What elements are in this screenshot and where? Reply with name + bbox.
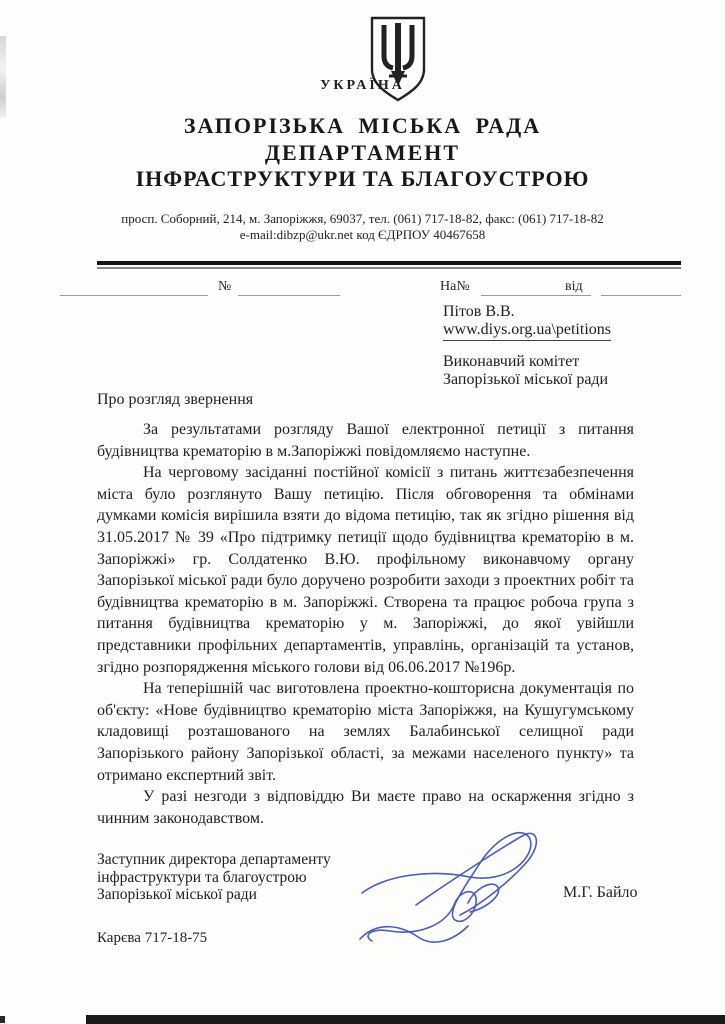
handwritten-signature [358,818,558,950]
header-separator-rule [97,261,681,265]
reference-row: № На№ від [0,279,725,301]
recipient-block: Пітов В.В. www.diys.org.ua\petitions Вик… [443,303,611,389]
country-label: УКРАЇНА [0,78,725,94]
signer-title-block: Заступник директора департаменту інфраст… [97,851,331,904]
body-paragraph-2: На черговому засіданні постійної комісії… [97,462,634,678]
outgoing-date-blank-line [60,295,208,296]
org-address-line: просп. Соборний, 214, м. Запоріжжя, 6903… [0,211,725,227]
executor-contact: Карєва 717-18-75 [97,930,207,947]
org-email-edrpou-line: e-mail:dibzp@ukr.net код ЄДРПОУ 40467658 [0,227,725,243]
scan-bottom-bar [86,1015,725,1024]
incoming-date-label: від [565,279,583,295]
signer-title-line3: Запорізької міської ради [97,886,331,904]
subject-line: Про розгляд звернення [97,391,253,409]
signer-title-line1: Заступник директора департаменту [97,851,331,869]
signer-title-line2: інфраструктури та благоустрою [97,869,331,887]
org-name-line3: ІНФРАСТРУКТУРИ ТА БЛАГОУСТРОЮ [0,166,725,192]
body-paragraph-3: На теперішній час виготовлена проектно-к… [97,678,634,786]
header-separator-rule-thin [97,267,681,269]
incoming-number-label: На№ [440,279,470,295]
incoming-number-blank-line [481,295,591,296]
signer-name: М.Г. Байло [563,884,638,902]
recipient-name: Пітов В.В. [443,303,611,321]
petition-url: www.diys.org.ua\petitions [443,321,611,341]
org-name-line1: ЗАПОРІЗЬКА МІСЬКА РАДА [0,113,725,139]
incoming-date-blank-line [601,295,681,296]
body-paragraph-1: За результатами розгляду Вашої електронн… [97,419,634,462]
scan-bottom-tick [0,1016,5,1023]
scanned-letter-page: УКРАЇНА ЗАПОРІЗЬКА МІСЬКА РАДА ДЕПАРТАМЕ… [0,0,725,1024]
org-name-line2: ДЕПАРТАМЕНТ [0,140,725,166]
letter-body: За результатами розгляду Вашої електронн… [97,419,634,829]
recipient-committee-line1: Виконавчий комітет [443,353,611,371]
outgoing-number-label: № [218,279,231,295]
recipient-committee-line2: Запорізької міської ради [443,371,611,389]
outgoing-number-blank-line [238,295,340,296]
scan-edge-smudge [0,36,6,118]
